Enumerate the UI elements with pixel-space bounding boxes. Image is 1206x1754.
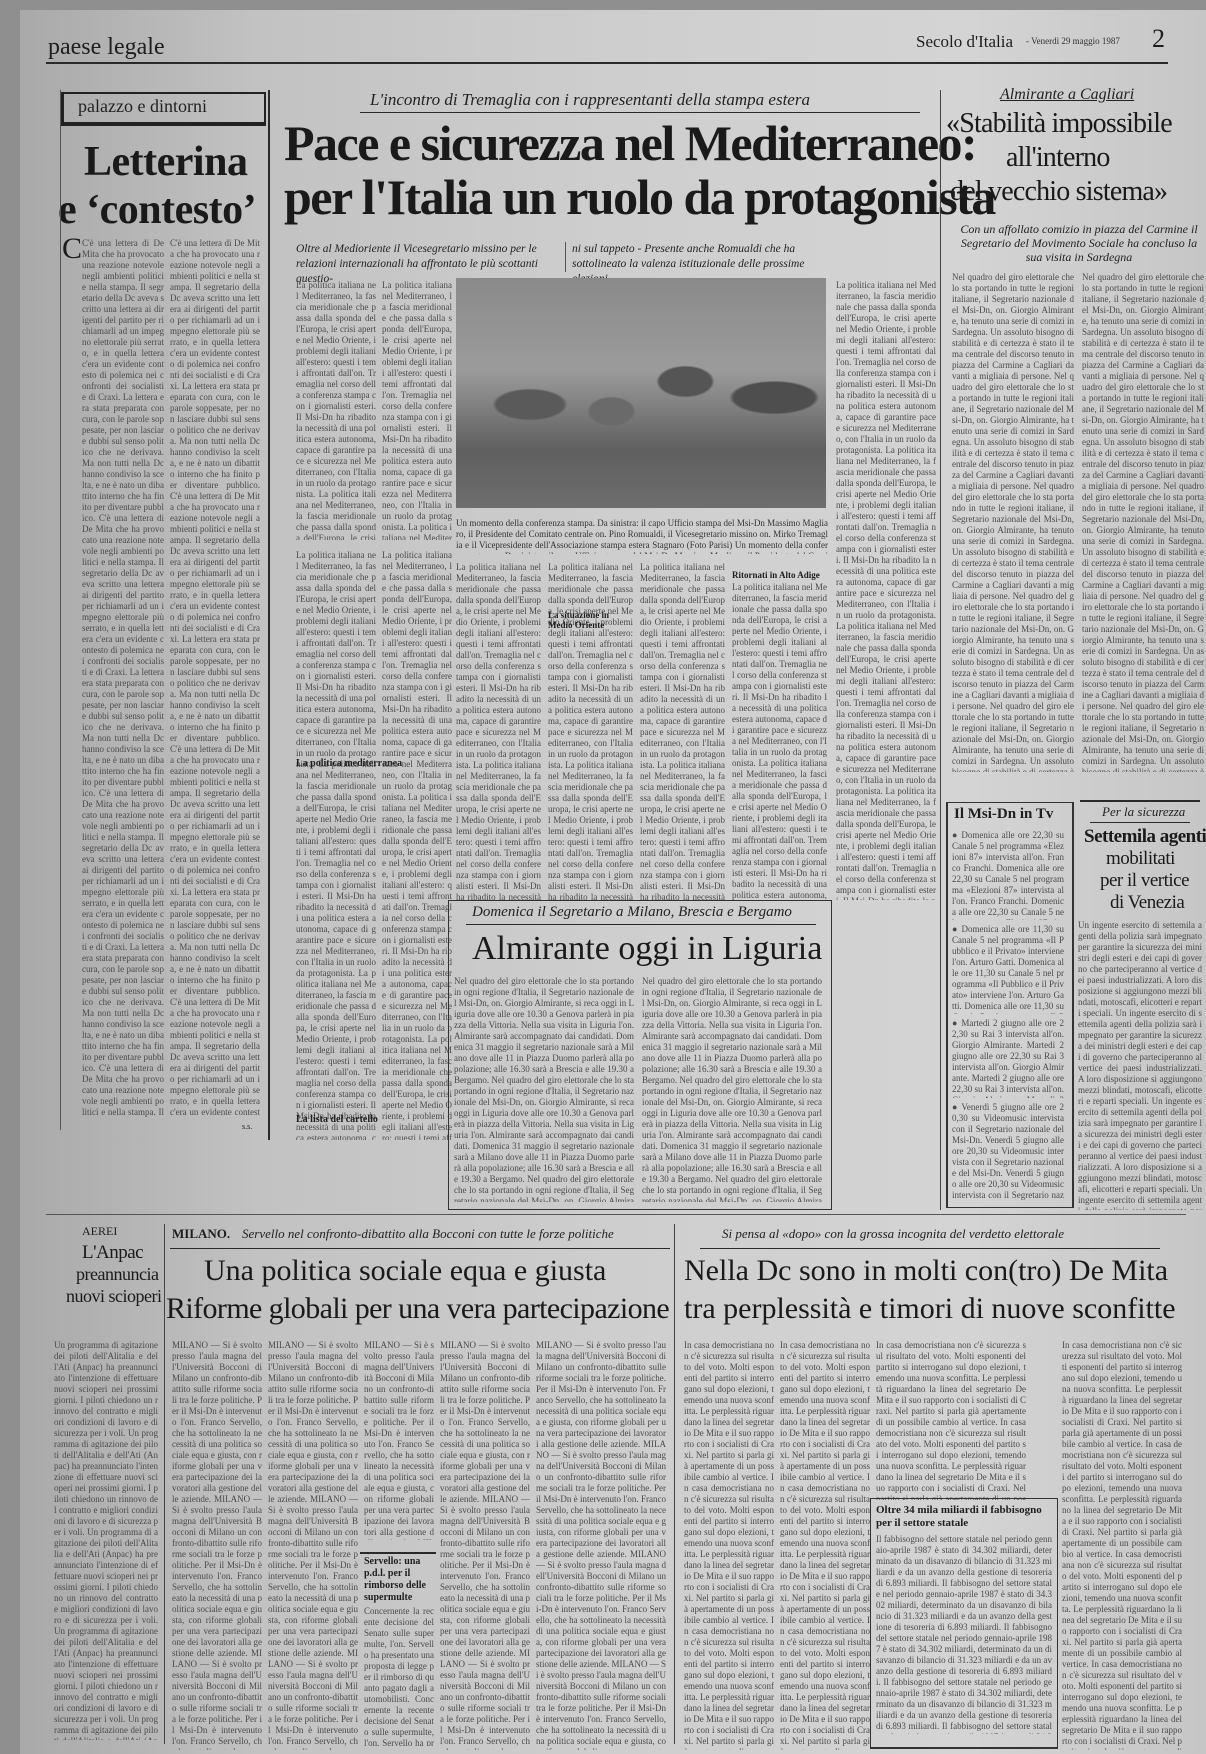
venezia-kicker-rule (1090, 822, 1190, 823)
masthead-rule (46, 62, 1168, 64)
photo-caption: Un momento della conferenza stampa. Da s… (456, 518, 828, 554)
aerei-headline-line2: preannuncia (76, 1264, 158, 1285)
cagliari-kicker: Almirante a Cagliari (1000, 86, 1134, 104)
venezia-top-rule (1080, 800, 1200, 802)
subhead-medio-oriente: La situazione in Medio Oriente (548, 610, 633, 630)
cagliari-headline-line3: del vecchio sistema» (950, 176, 1167, 208)
subhead-alto-adige: Ritornati in Alto Adige (732, 570, 827, 580)
cagliari-headline-line1: «Stabilità impossibile (946, 108, 1172, 140)
issue-date: - Venerdì 29 maggio 1987 (1026, 36, 1120, 46)
milano-kicker-bold: MILANO. (172, 1226, 230, 1242)
page-number: 2 (1152, 24, 1165, 54)
milano-body-col4: MILANO — Si è svolto presso l'aula magna… (440, 1340, 530, 1750)
left-body-col2: C'è una lettera di De Mita che ha provoc… (170, 238, 260, 1118)
dc-body-col3: In casa democristiana non c'è sicurezza … (876, 1340, 1026, 1500)
milano-kicker: Servello nel confronto-dibattito alla Bo… (242, 1226, 614, 1242)
aerei-rubric: AEREI (82, 1224, 117, 1239)
rubric-label: palazzo e dintorni (78, 96, 207, 117)
left-headline-line2: e ‘contesto’ (58, 186, 256, 234)
main-body-col1: La politica italiana nel Mediterraneo, l… (296, 280, 376, 540)
liguria-kicker: Domenica il Segretario a Milano, Brescia… (472, 904, 792, 921)
main-body-col7: La politica italiana nel Mediterraneo, l… (732, 582, 827, 902)
liguria-headline: Almirante oggi in Liguria (472, 930, 822, 968)
newspaper-page: paese legale Secolo d'Italia - Venerdì 2… (20, 10, 1206, 1754)
milano-kicker-rule (170, 1248, 670, 1249)
aerei-divider (164, 1224, 165, 1744)
venezia-body: Un ingente esercito di settemila agenti … (1078, 920, 1202, 1210)
main-body-col2: La politica italiana nel Mediterraneo, l… (382, 280, 452, 540)
venezia-headline-line4: di Venezia (1110, 892, 1184, 914)
left-body-col1: C'è una lettera di De Mita che ha provoc… (82, 238, 164, 1118)
right-column-divider (940, 90, 941, 1210)
cagliari-body-col1: Nel quadro del giro elettorale che lo st… (952, 272, 1074, 772)
main-body-col2b: La politica italiana nel Mediterraneo, l… (382, 550, 452, 1140)
venezia-kicker: Per la sicurezza (1102, 804, 1185, 820)
left-headline-line1: Letterina (84, 138, 247, 186)
dc-body-col2: In casa democristiana non c'è sicurezza … (780, 1340, 870, 1750)
sidebar-rule (360, 1552, 436, 1554)
milano-body-col5: MILANO — Si è svolto presso l'aula magna… (536, 1340, 666, 1750)
press-conference-photo (456, 278, 826, 508)
left-column-rule (60, 90, 61, 1130)
tv-item: Venerdì 5 giugno alle ore 20,30 su Video… (952, 1102, 1064, 1202)
milano-body-col2: MILANO — Si è svolto presso l'aula magna… (268, 1340, 358, 1750)
dc-body-col1: In casa democristiana non c'è sicurezza … (684, 1340, 774, 1750)
milano-body-col3: MILANO — Si è svolto presso l'aula magna… (364, 1340, 434, 1540)
deck-divider (565, 242, 566, 272)
main-kicker: L'incontro di Tremaglia con i rappresent… (370, 90, 810, 110)
milano-body-col1: MILANO — Si è svolto presso l'aula magna… (172, 1340, 262, 1750)
milano-headline-line1: Una politica sociale equa e giusta (204, 1254, 606, 1288)
kicker-rule (360, 112, 920, 113)
column-divider (268, 90, 270, 1140)
dc-kicker: Si pensa al «dopo» con la grossa incogni… (722, 1226, 1064, 1242)
main-headline-line2: per l'Italia un ruolo da protagonista (284, 168, 995, 226)
subhead-cartello: La lista del cartello (296, 1114, 378, 1125)
aerei-headline-line1: L'Anpac (82, 1242, 143, 1264)
aerei-headline-line3: nuovi scioperi (66, 1286, 161, 1307)
cagliari-body-col2: Nel quadro del giro elettorale che lo st… (1082, 272, 1204, 772)
tv-item: Domenica alle ore 11,30 su Canale 5 nel … (952, 924, 1064, 1014)
servello-sidebar-body: Concernente la recente decisione del Sen… (364, 1606, 434, 1746)
liguria-kicker-rule (466, 924, 816, 925)
paper-name: Secolo d'Italia (916, 32, 1013, 52)
milano-dc-divider (674, 1224, 675, 1744)
dc-kicker-rule (700, 1248, 1160, 1249)
main-headline-line1: Pace e sicurezza nel Mediterraneo: (284, 114, 976, 172)
main-body-col1b: La politica italiana nel Mediterraneo, l… (296, 550, 376, 1140)
tv-box-title: Il Msi-Dn in Tv (954, 806, 1053, 823)
cagliari-headline-line2: all'interno (1006, 142, 1110, 174)
venezia-headline-line1: Settemila agenti (1084, 826, 1206, 848)
liguria-body-col1: Nel quadro del giro elettorale che lo st… (454, 976, 634, 1202)
fabbisogno-body: Il fabbisogno del settore statale nel pe… (876, 1534, 1052, 1734)
main-body-col6: La politica italiana nel Mediterraneo, l… (640, 562, 725, 902)
fabbisogno-title: Oltre 34 mila miliardi il fabbisogno per… (876, 1504, 1052, 1530)
cagliari-deck: Con un affollato comizio in piazza del C… (952, 222, 1206, 264)
main-body-col4: La politica italiana nel Mediterraneo, l… (456, 562, 541, 902)
lower-section-rule (46, 1214, 1186, 1215)
dropcap: C (62, 232, 82, 266)
aerei-body: Un programma di agitazione dei piloti de… (54, 1340, 158, 1740)
dc-headline-line2: tra perplessità e timori di nuove sconfi… (684, 1292, 1176, 1326)
servello-sidebar-title: Servello: una p.d.l. per il rimborso del… (364, 1556, 436, 1604)
venezia-headline-line2: mobilitati (1106, 848, 1175, 870)
main-body-col3: La politica italiana nel Mediterraneo, l… (836, 280, 936, 900)
tv-item: Martedì 2 giugno alle ore 22,30 su Rai 3… (952, 1018, 1064, 1098)
left-signature: s.s. (242, 1122, 252, 1131)
tv-item: Domenica alle ore 22,30 su Canale 5 nel … (952, 830, 1064, 920)
liguria-body-col2: Nel quadro del giro elettorale che lo st… (642, 976, 822, 1202)
venezia-headline-line3: per il vertice (1100, 870, 1189, 892)
section-label: paese legale (48, 34, 165, 61)
dc-headline-line1: Nella Dc sono in molti con(tro) De Mita (684, 1254, 1168, 1288)
dc-body-col4: In casa democristiana non c'è sicurezza … (1062, 1340, 1182, 1750)
milano-headline-line2: Riforme globali per una vera partecipazi… (166, 1292, 669, 1326)
